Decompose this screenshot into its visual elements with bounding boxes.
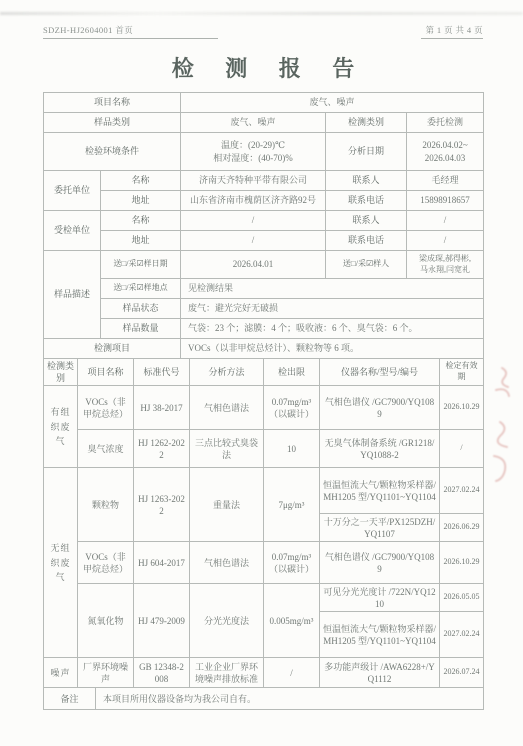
instrument-voc-unorg: 气相色谱仪 /GC7900/YQ1089 <box>320 542 440 584</box>
test-items-value: VOCs（以非甲烷总烃计）、颗粒物等 6 项。 <box>181 339 484 359</box>
validity-nox-sampler: 2027.02.24 <box>440 612 484 658</box>
client-addr-value: 山东省济南市槐荫区济齐路92号 <box>181 191 326 211</box>
page-number: 第 1 页 共 4 页 <box>421 24 483 39</box>
report-page: SDZH-HJ2604001 首页 第 1 页 共 4 页 检 测 报 告 项目… <box>0 0 523 746</box>
instrument-nox-sampler: 恒温恒流大气/颗粒物采样器/MH1205 型/YQ1101~YQ1104 <box>320 612 440 658</box>
item-voc-unorg: VOCs（非甲烷总烃） <box>78 542 134 584</box>
remark-label: 备注 <box>44 688 96 710</box>
test-category-value: 委托检测 <box>407 113 484 133</box>
category-noise: 噪声 <box>44 658 78 688</box>
col-header-item: 项目名称 <box>78 359 134 386</box>
col-header-standard: 标准代号 <box>134 359 190 386</box>
instrument-voc-org: 气相色谱仪 /GC7900/YQ1089 <box>320 386 440 430</box>
inspected-contact-label: 联系人 <box>326 211 407 231</box>
item-odor: 臭气浓度 <box>78 430 134 468</box>
inspected-name-label: 名称 <box>101 211 181 231</box>
std-pm: HJ 1263-2022 <box>134 468 190 542</box>
item-nox: 氮氧化物 <box>78 584 134 658</box>
method-voc-org: 气相色谱法 <box>190 386 264 430</box>
sampler-names-line1: 梁成琛,郝得彬, <box>410 254 480 265</box>
inspected-addr-value: / <box>181 231 326 251</box>
test-category-label: 检测类别 <box>326 113 407 133</box>
instrument-pm-sampler: 恒温恒流大气/颗粒物采样器/MH1205 型/YQ1101~YQ1104 <box>320 468 440 514</box>
analysis-date-end: 2026.04.03 <box>410 152 480 164</box>
validity-noise: 2026.07.24 <box>440 658 484 688</box>
client-addr-label: 地址 <box>101 191 181 211</box>
method-odor: 三点比较式臭袋法 <box>190 430 264 468</box>
limit-noise: / <box>264 658 320 688</box>
method-noise: 工业企业厂界环境噪声排放标准 <box>190 658 264 688</box>
document-header: SDZH-HJ2604001 首页 第 1 页 共 4 页 <box>43 24 483 39</box>
client-contact-value: 毛经理 <box>407 171 484 191</box>
analysis-date-start: 2026.04.02~ <box>410 139 480 151</box>
std-nox: HJ 479-2009 <box>134 584 190 658</box>
env-conditions-value: 温度：(20-29)℃ 相对湿度：(40-70)% <box>181 133 326 171</box>
sampling-place-value: 见检测结果 <box>181 279 484 299</box>
sample-qty-label: 样品数量 <box>101 319 181 339</box>
env-humidity: 相对湿度：(40-70)% <box>184 152 322 164</box>
method-table: 检测类别 项目名称 标准代号 分析方法 检出限 仪器名称/型号/编号 检定有效期… <box>43 358 484 688</box>
sample-qty-value: 气袋：23 个；滤膜：4 个；吸收液：6 个、臭气袋：6 个。 <box>181 319 484 339</box>
sampler-value: 梁成琛,郝得彬, 马永翔,闫宽礼 <box>407 251 484 279</box>
std-noise: GB 12348-2008 <box>134 658 190 688</box>
client-section-label: 委托单位 <box>44 171 101 211</box>
inspected-addr-label: 地址 <box>101 231 181 251</box>
limit-pm: 7μg/m³ <box>264 468 320 542</box>
inspected-name-value: / <box>181 211 326 231</box>
report-title: 检 测 报 告 <box>43 52 483 83</box>
item-pm: 颗粒物 <box>78 468 134 542</box>
validity-voc-unorg: 2026.10.29 <box>440 542 484 584</box>
col-header-instrument: 仪器名称/型号/编号 <box>320 359 440 386</box>
env-temperature: 温度：(20-29)℃ <box>184 139 322 151</box>
limit-odor: 10 <box>264 430 320 468</box>
category-organized-waste-gas: 有组织废气 <box>44 386 78 468</box>
sample-desc-section-label: 样品描述 <box>44 251 101 339</box>
validity-nox-photometer: 2026.05.05 <box>440 584 484 612</box>
validity-pm-balance: 2026.06.29 <box>440 514 484 542</box>
sample-state-value: 废气：避光完好无破损 <box>181 299 484 319</box>
std-voc-org: HJ 38-2017 <box>134 386 190 430</box>
handwritten-red-marks <box>484 362 520 487</box>
analysis-date-value: 2026.04.02~ 2026.04.03 <box>407 133 484 171</box>
limit-nox: 0.005mg/m³ <box>264 584 320 658</box>
item-noise: 厂界环境噪声 <box>78 658 134 688</box>
sample-type-label: 样品类别 <box>44 113 181 133</box>
sample-type-value: 废气、噪声 <box>181 113 326 133</box>
sampling-date-value: 2026.04.01 <box>181 251 326 279</box>
validity-odor: / <box>440 430 484 468</box>
sampler-label: 送□/采☑样人 <box>326 251 407 279</box>
limit-voc-org: 0.07mg/m³ （以碳计） <box>264 386 320 430</box>
client-phone-label: 联系电话 <box>326 191 407 211</box>
inspected-section-label: 受检单位 <box>44 211 101 251</box>
std-odor: HJ 1262-2022 <box>134 430 190 468</box>
instrument-noise: 多功能声级计 /AWA6228+/YQ1112 <box>320 658 440 688</box>
client-phone-value: 15898918657 <box>407 191 484 211</box>
col-header-limit: 检出限 <box>264 359 320 386</box>
doc-code: SDZH-HJ2604001 首页 <box>43 24 218 39</box>
remark-table: 备注 本项目所用仪器设备均为我公司自有。 <box>43 687 484 710</box>
item-voc-org: VOCs（非甲烷总烃） <box>78 386 134 430</box>
project-name-label: 项目名称 <box>44 93 181 113</box>
env-conditions-label: 检验环境条件 <box>44 133 181 171</box>
validity-pm-sampler: 2027.02.24 <box>440 468 484 514</box>
sampling-place-label: 送□/采☑样地点 <box>101 279 181 299</box>
inspected-phone-value: / <box>407 231 484 251</box>
analysis-date-label: 分析日期 <box>326 133 407 171</box>
col-header-category: 检测类别 <box>44 359 78 386</box>
method-voc-unorg: 气相色谱法 <box>190 542 264 584</box>
instrument-nox-photometer: 可见分光光度计 /722N/YQ1210 <box>320 584 440 612</box>
project-name-value: 废气、噪声 <box>181 93 484 113</box>
col-header-validity: 检定有效期 <box>440 359 484 386</box>
sample-state-label: 样品状态 <box>101 299 181 319</box>
method-nox: 分光光度法 <box>190 584 264 658</box>
sampler-names-line2: 马永翔,闫宽礼 <box>410 265 480 276</box>
client-name-label: 名称 <box>101 171 181 191</box>
std-voc-unorg: HJ 604-2017 <box>134 542 190 584</box>
inspected-contact-value: / <box>407 211 484 231</box>
method-pm: 重量法 <box>190 468 264 542</box>
client-name-value: 济南天齐特种平带有限公司 <box>181 171 326 191</box>
category-unorganized-waste-gas: 无组织废气 <box>44 468 78 658</box>
test-items-label: 检测项目 <box>44 339 181 359</box>
inspected-phone-label: 联系电话 <box>326 231 407 251</box>
sample-info-table: 项目名称 废气、噪声 样品类别 废气、噪声 检测类别 委托检测 检验环境条件 温… <box>43 92 484 359</box>
remark-value: 本项目所用仪器设备均为我公司自有。 <box>96 688 484 710</box>
instrument-odor: 无臭气体制备系统 /GR1218/YQ1088-2 <box>320 430 440 468</box>
client-contact-label: 联系人 <box>326 171 407 191</box>
col-header-method: 分析方法 <box>190 359 264 386</box>
limit-voc-unorg: 0.07mg/m³ （以碳计） <box>264 542 320 584</box>
instrument-pm-balance: 十万分之一天平/PX125DZH/YQ1107 <box>320 514 440 542</box>
sampling-date-label: 送□/采☑样日期 <box>101 251 181 279</box>
validity-voc-org: 2026.10.29 <box>440 386 484 430</box>
